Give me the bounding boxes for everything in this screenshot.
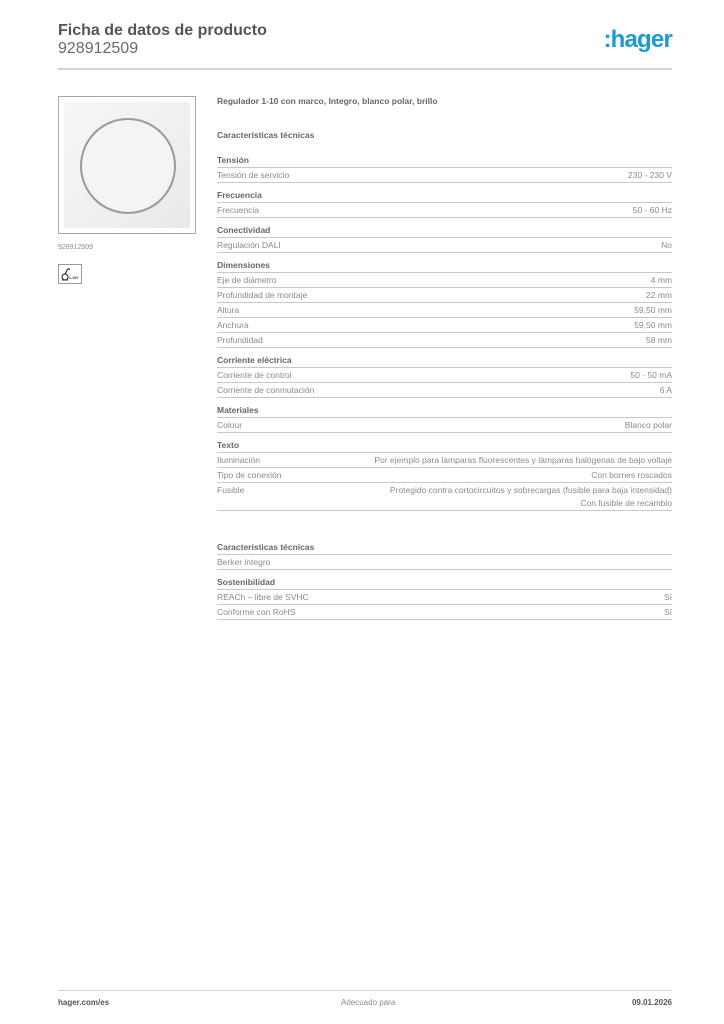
spec-row: Altura59,50 mm [217,303,672,318]
spec-label: Conforme con RoHS [217,606,295,619]
spec-group: TextoIluminaciónPor ejemplo para lámpara… [217,439,672,511]
extra-groups: Características técnicasBerker integroSo… [217,541,672,620]
group-title: Conectividad [217,224,672,238]
hager-logo: :hager [603,27,672,53]
dimmer-knob [80,118,176,214]
spec-row: Profundidad de montaje22 mm [217,288,672,303]
suitable-for-label: Adecuado para [341,998,395,1007]
spec-label: Iluminación [217,454,260,467]
spec-row: Corriente de control50 - 50 mA [217,368,672,383]
spec-row: Regulación DALINo [217,238,672,253]
group-title: Sostenibilidad [217,576,672,590]
spec-row: Eje de diámetro4 mm [217,273,672,288]
product-number: 928912509 [58,40,672,58]
spec-value: 22 mm [646,289,672,302]
footer-divider [58,990,672,991]
website-link[interactable]: hager.com/es [58,998,109,1007]
spec-value: 4 mm [651,274,672,287]
spec-label: Regulación DALI [217,239,281,252]
spec-label: Berker integro [217,556,270,569]
spec-label: Tipo de conexión [217,469,281,482]
page-title: Ficha de datos de producto [58,22,672,40]
spec-row: ColourBlanco polar [217,418,672,433]
spec-groups: TensiónTensión de servicio230 - 230 VFre… [217,154,672,511]
group-title: Dimensiones [217,259,672,273]
spec-group: MaterialesColourBlanco polar [217,404,672,433]
spec-value: 59,50 mm [634,319,672,332]
spec-row: Berker integro [217,555,672,570]
product-image [58,96,196,234]
spec-group: TensiónTensión de servicio230 - 230 V [217,154,672,183]
spec-value: 59,50 mm [634,304,672,317]
group-title: Características técnicas [217,541,672,555]
group-title: Corriente eléctrica [217,354,672,368]
group-title: Texto [217,439,672,453]
spec-row: FusibleProtegido contra cortocircuitos y… [217,483,672,511]
spec-row: Profundidad58 mm [217,333,672,348]
spec-value: No [661,239,672,252]
spec-row: Corriente de conmutación6 A [217,383,672,398]
spec-label: Altura [217,304,239,317]
spec-label: Tensión de servicio [217,169,289,182]
spec-value: 50 - 60 Hz [633,204,672,217]
spec-group: Características técnicasBerker integro [217,541,672,570]
spec-value: Sí [664,606,672,619]
spec-value: 58 mm [646,334,672,347]
spec-label: Eje de diámetro [217,274,277,287]
spec-label: Fusible [217,484,244,510]
page-header: Ficha de datos de producto 928912509 :ha… [58,22,672,58]
group-title: Tensión [217,154,672,168]
spec-group: Corriente eléctricaCorriente de control5… [217,354,672,398]
spec-sheet: Regulador 1-10 con marco, Integro, blanc… [217,96,672,626]
spec-row: REACh – libre de SVHCSí [217,590,672,605]
spec-value: 6 A [660,384,672,397]
spec-group: ConectividadRegulación DALINo [217,224,672,253]
spec-group: FrecuenciaFrecuencia50 - 60 Hz [217,189,672,218]
spec-value: Con bornes roscados [591,469,672,482]
spec-label: Frecuencia [217,204,259,217]
spec-value: Protegido contra cortocircuitos y sobrec… [390,484,672,510]
spec-row: Tipo de conexiónCon bornes roscados [217,468,672,483]
spec-group: DimensionesEje de diámetro4 mmProfundida… [217,259,672,348]
spec-row: Frecuencia50 - 60 Hz [217,203,672,218]
header-divider [58,68,672,70]
spec-row: Conforme con RoHSSí [217,605,672,620]
spec-label: Corriente de conmutación [217,384,314,397]
spec-value: 230 - 230 V [628,169,672,182]
spec-value: Blanco polar [625,419,672,432]
dimmer-1-10v-icon: 1-10V [58,264,82,284]
spec-label: Profundidad [217,334,263,347]
spec-label: Corriente de control [217,369,292,382]
section-spacer [217,517,672,541]
spec-group: SostenibilidadREACh – libre de SVHCSíCon… [217,576,672,620]
specs-heading: Características técnicas [217,130,672,154]
spec-value: 50 - 50 mA [630,369,672,382]
spec-label: REACh – libre de SVHC [217,591,309,604]
spec-label: Colour [217,419,242,432]
spec-row: Anchura59,50 mm [217,318,672,333]
spec-row: IluminaciónPor ejemplo para lámparas flu… [217,453,672,468]
spec-value: Por ejemplo para lámparas fluorescentes … [374,454,672,467]
document-date: 09.01.2026 [632,998,672,1007]
spec-label: Anchura [217,319,249,332]
product-description: Regulador 1-10 con marco, Integro, blanc… [217,96,672,130]
image-caption: 928912509 [58,244,93,251]
svg-text:1-10V: 1-10V [69,276,79,280]
group-title: Materiales [217,404,672,418]
spec-row: Tensión de servicio230 - 230 V [217,168,672,183]
spec-label: Profundidad de montaje [217,289,307,302]
spec-value: Sí [664,591,672,604]
group-title: Frecuencia [217,189,672,203]
